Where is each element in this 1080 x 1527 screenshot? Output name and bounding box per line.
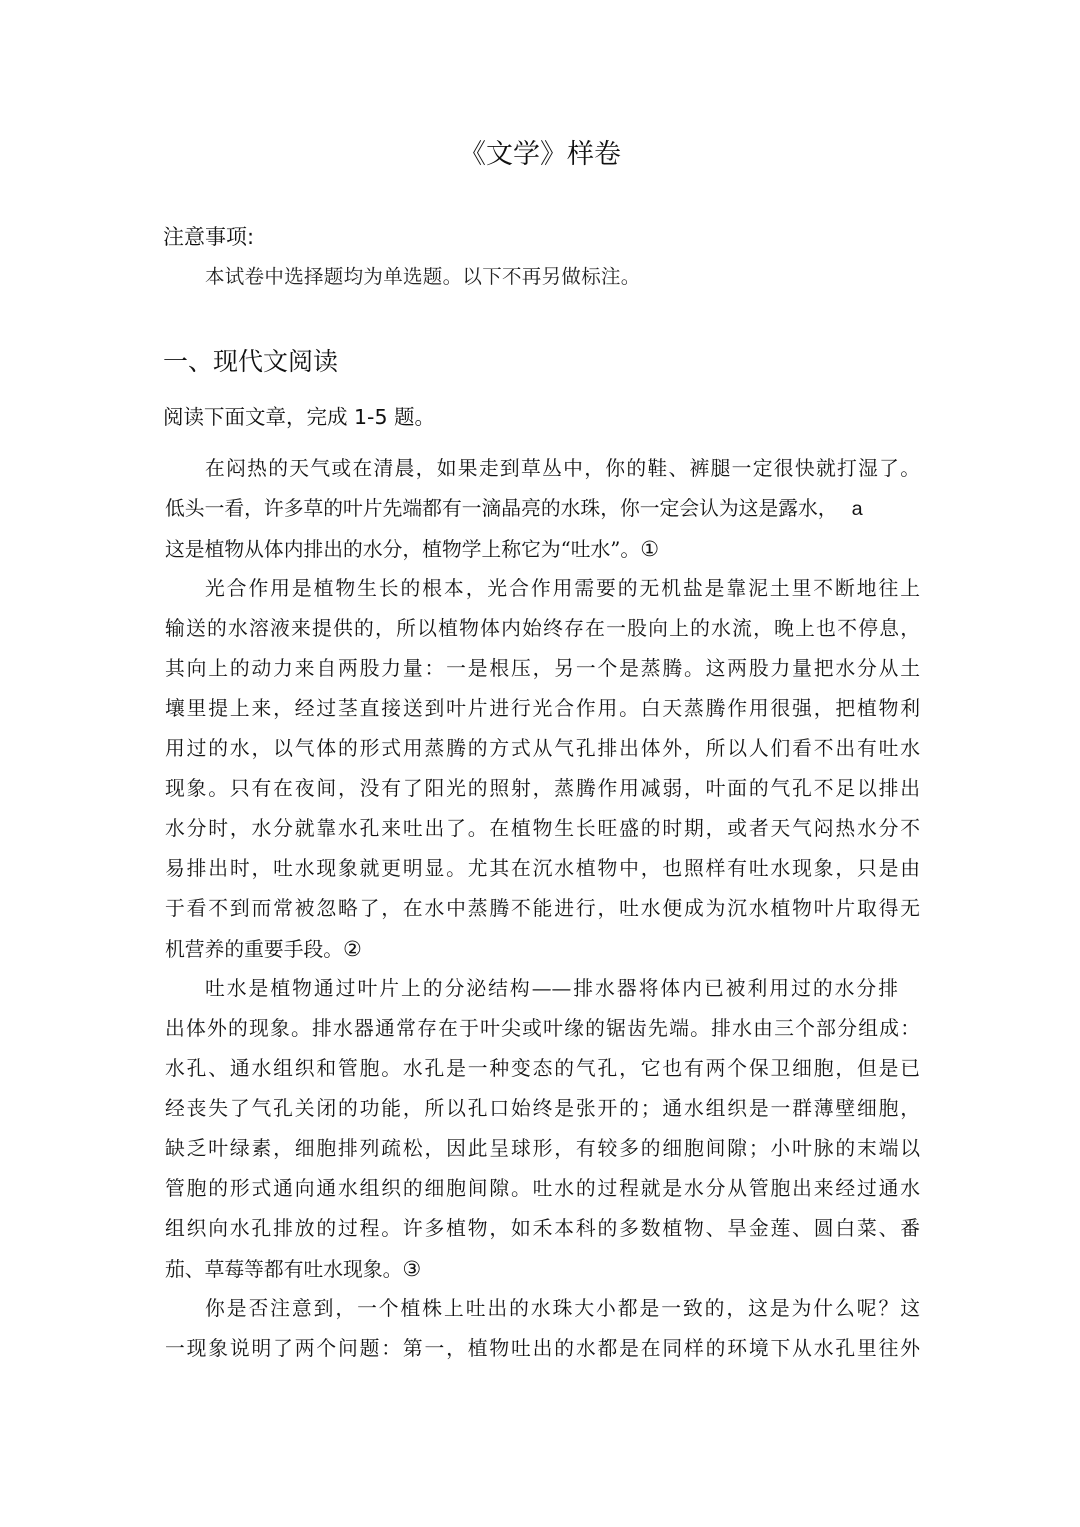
exam-page: 《文学》样卷 注意事项: 本试卷中选择题均为单选题。以下不再另做标注。 一、现代… xyxy=(0,0,1080,1527)
reading-instruction: 阅读下面文章，完成 1-5 题。 xyxy=(163,402,435,432)
position-marker-1: ① xyxy=(640,537,659,561)
passage-line: 一现象说明了两个问题：第一，植物吐出的水都是在同样的环境下从水孔里往外 xyxy=(165,1333,920,1373)
passage-line: 输送的水溶液来提供的，所以植物体内始终存在一股向上的水流，晚上也不停息， xyxy=(165,613,920,653)
reading-passage: 在闷热的天气或在清晨，如果走到草丛中，你的鞋、裤腿一定很快就打湿了。 低头一看，… xyxy=(165,453,920,1373)
passage-line: 壤里提上来，经过茎直接送到叶片进行光合作用。白天蒸腾作用很强，把植物利 xyxy=(165,693,920,733)
passage-line: 水分时，水分就靠水孔来吐出了。在植物生长旺盛的时期，或者天气闷热水分不 xyxy=(165,813,920,853)
notes-label: 注意事项: xyxy=(163,222,254,252)
passage-line: 易排出时，吐水现象就更明显。尤其在沉水植物中，也照样有吐水现象，只是由 xyxy=(165,853,920,893)
passage-line-text: 这是植物从体内排出的水分，植物学上称它为“吐水”。 xyxy=(165,538,640,561)
position-marker-3: ③ xyxy=(402,1257,421,1281)
passage-line: 机营养的重要手段。② xyxy=(165,933,920,973)
passage-paragraph-4: 你是否注意到，一个植株上吐出的水珠大小都是一致的，这是为什么呢？这 一现象说明了… xyxy=(165,1293,920,1373)
passage-line: 低头一看，许多草的叶片先端都有一滴晶亮的水珠，你一定会认为这是露水，a xyxy=(165,493,920,533)
passage-line: 光合作用是植物生长的根本，光合作用需要的无机盐是靠泥土里不断地往上 xyxy=(165,573,920,613)
document-title: 《文学》样卷 xyxy=(0,136,1080,174)
passage-paragraph-1: 在闷热的天气或在清晨，如果走到草丛中，你的鞋、裤腿一定很快就打湿了。 低头一看，… xyxy=(165,453,920,573)
passage-line: 组织向水孔排放的过程。许多植物，如禾本科的多数植物、旱金莲、圆白菜、番 xyxy=(165,1213,920,1253)
passage-paragraph-3: 吐水是植物通过叶片上的分泌结构——排水器将体内已被利用过的水分排 出体外的现象。… xyxy=(165,973,920,1293)
passage-line: 管胞的形式通向通水组织的细胞间隙。吐水的过程就是水分从管胞出来经过通水 xyxy=(165,1173,920,1213)
blank-marker-a: a xyxy=(838,498,863,520)
passage-line: 现象。只有在夜间，没有了阳光的照射，蒸腾作用减弱，叶面的气孔不足以排出 xyxy=(165,773,920,813)
passage-line: 用过的水，以气体的形式用蒸腾的方式从气孔排出体外，所以人们看不出有吐水 xyxy=(165,733,920,773)
passage-paragraph-2: 光合作用是植物生长的根本，光合作用需要的无机盐是靠泥土里不断地往上 输送的水溶液… xyxy=(165,573,920,973)
position-marker-2: ② xyxy=(343,937,362,961)
section-heading: 一、现代文阅读 xyxy=(163,344,338,380)
passage-line: 缺乏叶绿素，细胞排列疏松，因此呈球形，有较多的细胞间隙；小叶脉的末端以 xyxy=(165,1133,920,1173)
passage-line: 经丧失了气孔关闭的功能，所以孔口始终是张开的；通水组织是一群薄壁细胞， xyxy=(165,1093,920,1133)
passage-line: 这是植物从体内排出的水分，植物学上称它为“吐水”。① xyxy=(165,533,920,573)
passage-line: 吐水是植物通过叶片上的分泌结构——排水器将体内已被利用过的水分排 xyxy=(165,973,920,1013)
passage-line: 你是否注意到，一个植株上吐出的水珠大小都是一致的，这是为什么呢？这 xyxy=(165,1293,920,1333)
passage-line: 其向上的动力来自两股力量：一是根压，另一个是蒸腾。这两股力量把水分从土 xyxy=(165,653,920,693)
passage-line: 水孔、通水组织和管胞。水孔是一种变态的气孔，它也有两个保卫细胞，但是已 xyxy=(165,1053,920,1093)
passage-line: 出体外的现象。排水器通常存在于叶尖或叶缘的锯齿先端。排水由三个部分组成： xyxy=(165,1013,920,1053)
passage-line: 在闷热的天气或在清晨，如果走到草丛中，你的鞋、裤腿一定很快就打湿了。 xyxy=(165,453,920,493)
notes-text: 本试卷中选择题均为单选题。以下不再另做标注。 xyxy=(205,262,641,292)
passage-line-text: 茄、草莓等都有吐水现象。 xyxy=(165,1258,402,1281)
passage-line-text: 机营养的重要手段。 xyxy=(165,938,343,961)
passage-line: 茄、草莓等都有吐水现象。③ xyxy=(165,1253,920,1293)
passage-line-text: 低头一看，许多草的叶片先端都有一滴晶亮的水珠，你一定会认为这是露水， xyxy=(165,497,838,520)
passage-line: 于看不到而常被忽略了，在水中蒸腾不能进行，吐水便成为沉水植物叶片取得无 xyxy=(165,893,920,933)
